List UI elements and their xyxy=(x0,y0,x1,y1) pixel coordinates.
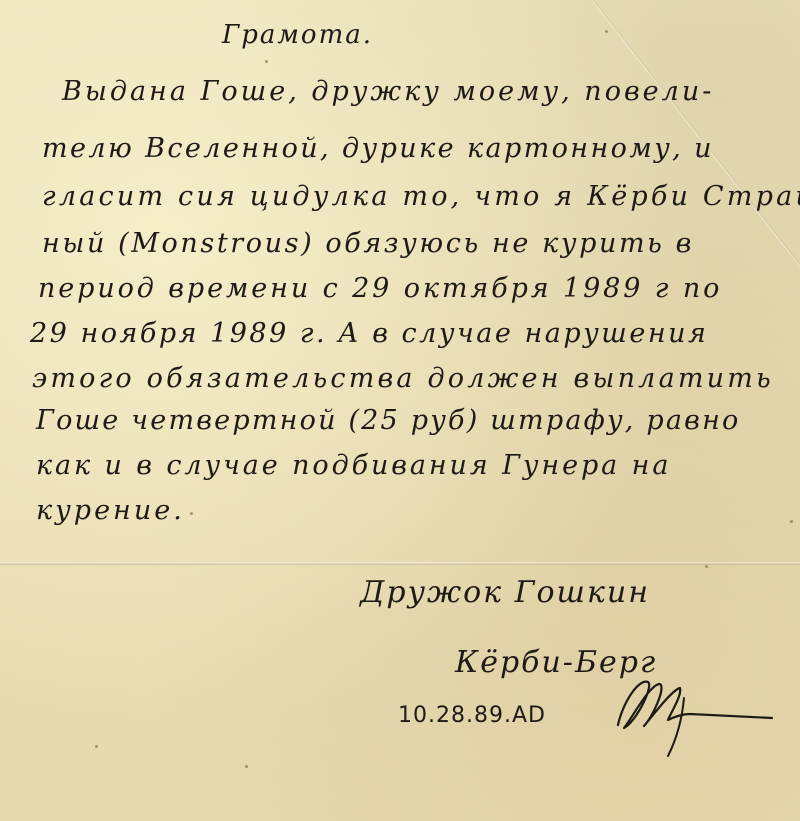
paper-document: Грамота. Выдана Гоше, дружку моему, пове… xyxy=(0,0,800,821)
document-title: Грамота. xyxy=(222,22,373,48)
horizontal-fold-crease xyxy=(0,562,800,565)
paper-speck xyxy=(245,765,248,768)
body-line: этого обязательства должен выплатить xyxy=(32,365,774,392)
paper-speck xyxy=(190,512,193,515)
body-line: Выдана Гоше, дружку моему, повели- xyxy=(62,78,714,105)
body-line: курение. xyxy=(36,497,185,524)
body-line: период времени с 29 октября 1989 г по xyxy=(38,275,722,302)
paper-speck xyxy=(605,30,608,33)
body-line: ный (Monstrous) обязуюсь не курить в xyxy=(42,230,694,257)
paper-speck xyxy=(705,565,708,568)
paper-speck xyxy=(790,520,793,523)
body-line: гласит сия цидулка то, что я Кёрби Страш… xyxy=(42,183,800,210)
signature-date: 10.28.89.AD xyxy=(398,705,546,727)
paper-speck xyxy=(265,60,268,63)
body-line: телю Вселенной, дурике картонному, и xyxy=(42,135,714,162)
body-line: как и в случае подбивания Гунера на xyxy=(36,452,671,479)
body-line: Гоше четвертной (25 руб) штрафу, равно xyxy=(36,407,741,434)
paper-speck xyxy=(95,745,98,748)
handwritten-signature-icon xyxy=(610,670,780,760)
closing-line: Дружок Гошкин xyxy=(360,578,650,608)
body-line: 29 ноября 1989 г. А в случае нарушения xyxy=(30,320,708,347)
